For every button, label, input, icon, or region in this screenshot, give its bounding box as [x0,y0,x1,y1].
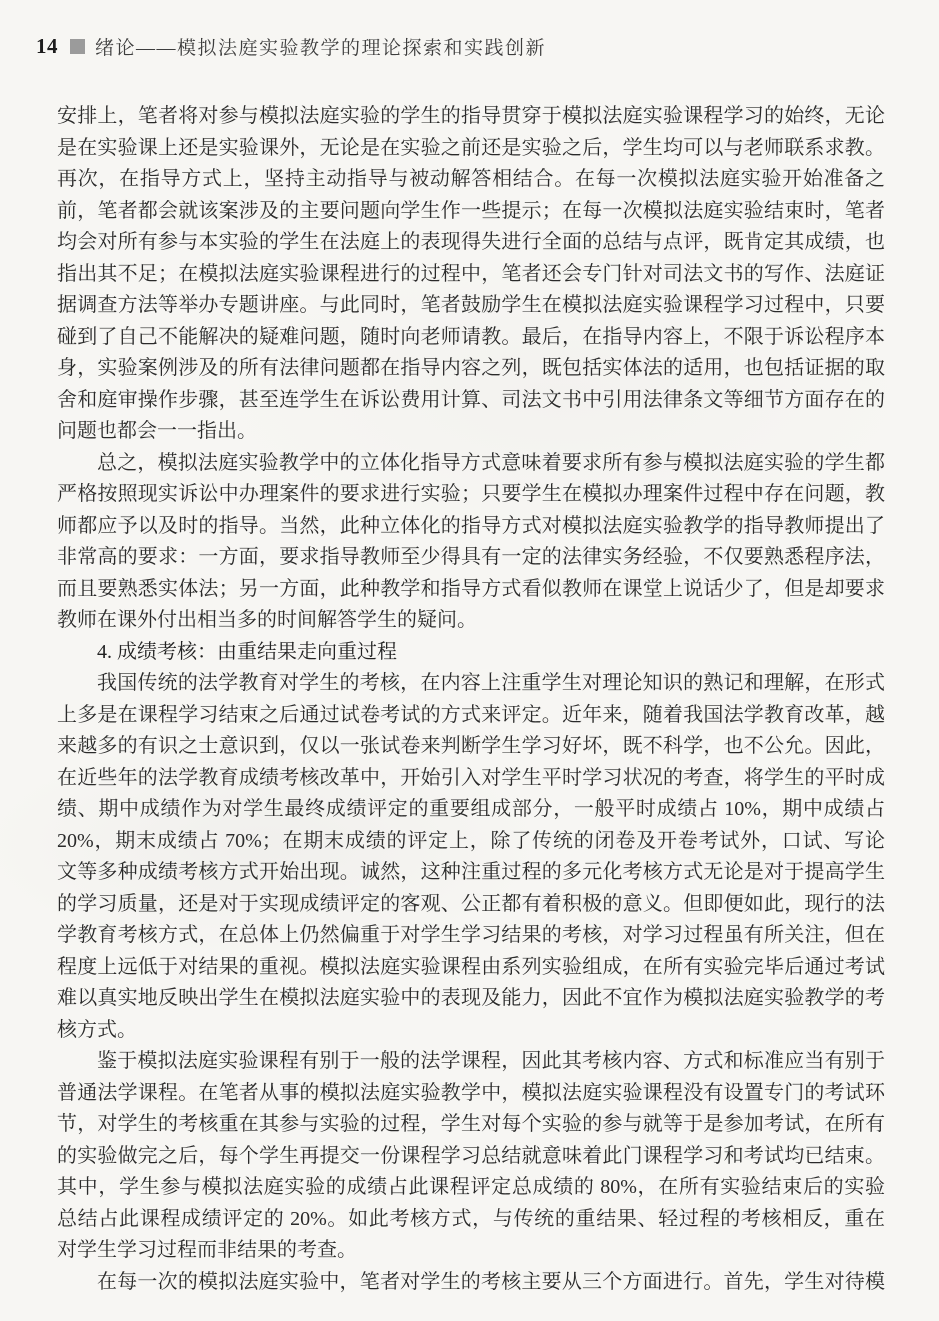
heading-line: 4. 成绩考核：由重结果走向重过程 [57,637,885,669]
text-line: 文等多种成绩考核方式开始出现。诚然，这种注重过程的多元化考核方式无论是对于提高学… [57,857,885,889]
text-line: 均会对所有参与本实验的学生在法庭上的表现得失进行全面的总结与点评，既肯定其成绩，… [57,227,885,259]
section-marker-square-icon [70,39,85,54]
text-line: 绩、期中成绩作为对学生最终成绩评定的重要组成部分，一般平时成绩占 10%，期中成… [57,794,885,826]
page-body-text: 安排上，笔者将对参与模拟法庭实验的学生的指导贯穿于模拟法庭实验课程学习的始终，无… [57,101,885,1298]
text-line: 核方式。 [57,1015,885,1047]
text-line: 在近些年的法学教育成绩考核改革中，开始引入对学生平时学习状况的考查，将学生的平时… [57,763,885,795]
text-line: 身，实验案例涉及的所有法律问题都在指导内容之列，既包括实体法的适用，也包括证据的… [57,353,885,385]
text-line: 总之，模拟法庭实验教学中的立体化指导方式意味着要求所有参与模拟法庭实验的学生都 [57,448,885,480]
paragraph: 我国传统的法学教育对学生的考核，在内容上注重学生对理论知识的熟记和理解，在形式上… [57,668,885,1046]
text-line: 的学习质量，还是对于实现成绩评定的客观、公正都有着积极的意义。但即便如此，现行的… [57,889,885,921]
text-line: 20%，期末成绩占 70%；在期末成绩的评定上，除了传统的闭卷及开卷考试外，口试… [57,826,885,858]
text-line: 师都应予以及时的指导。当然，此种立体化的指导方式对模拟法庭实验教学的指导教师提出… [57,511,885,543]
text-line: 上多是在课程学习结束之后通过试卷考试的方式来评定。近年来，随着我国法学教育改革，… [57,700,885,732]
text-line: 指出其不足；在模拟法庭实验课程进行的过程中，笔者还会专门针对司法文书的写作、法庭… [57,259,885,291]
text-line: 程度上远低于对结果的重视。模拟法庭实验课程由系列实验组成，在所有实验完毕后通过考… [57,952,885,984]
text-line: 普通法学课程。在笔者从事的模拟法庭实验教学中，模拟法庭实验课程没有设置专门的考试… [57,1078,885,1110]
text-line: 再次，在指导方式上，坚持主动指导与被动解答相结合。在每一次模拟法庭实验开始准备之 [57,164,885,196]
text-line: 据调查方法等举办专题讲座。与此同时，笔者鼓励学生在模拟法庭实验课程学习过程中，只… [57,290,885,322]
paragraph: 总之，模拟法庭实验教学中的立体化指导方式意味着要求所有参与模拟法庭实验的学生都严… [57,448,885,637]
text-line: 是在实验课上还是实验课外，无论是在实验之前还是实验之后，学生均可以与老师联系求教… [57,133,885,165]
running-head-title: 绪论——模拟法庭实验教学的理论探索和实践创新 [95,33,546,60]
text-line: 学教育考核方式，在总体上仍然偏重于对学生学习结果的考核，对学习过程虽有所关注，但… [57,920,885,952]
paragraph: 安排上，笔者将对参与模拟法庭实验的学生的指导贯穿于模拟法庭实验课程学习的始终，无… [57,101,885,448]
text-line: 来越多的有识之士意识到，仅以一张试卷来判断学生学习好坏，既不科学，也不公允。因此… [57,731,885,763]
text-line: 总结占此课程成绩评定的 20%。如此考核方式，与传统的重结果、轻过程的考核相反，… [57,1204,885,1236]
paragraph: 在每一次的模拟法庭实验中，笔者对学生的考核主要从三个方面进行。首先，学生对待模 [57,1267,885,1299]
text-line: 非常高的要求：一方面，要求指导教师至少得具有一定的法律实务经验，不仅要熟悉程序法… [57,542,885,574]
text-line: 我国传统的法学教育对学生的考核，在内容上注重学生对理论知识的熟记和理解，在形式 [57,668,885,700]
page-header: 14 绪论——模拟法庭实验教学的理论探索和实践创新 [36,33,899,60]
text-line: 的实验做完之后，每个学生再提交一份课程学习总结就意味着此门课程学习和考试均已结束… [57,1141,885,1173]
text-line: 节，对学生的考核重在其参与实验的过程，学生对每个实验的参与就等于是参加考试，在所… [57,1109,885,1141]
paragraph: 鉴于模拟法庭实验课程有别于一般的法学课程，因此其考核内容、方式和标准应当有别于普… [57,1046,885,1267]
text-line: 鉴于模拟法庭实验课程有别于一般的法学课程，因此其考核内容、方式和标准应当有别于 [57,1046,885,1078]
text-line: 教师在课外付出相当多的时间解答学生的疑问。 [57,605,885,637]
text-line: 其中，学生参与模拟法庭实验的成绩占此课程评定总成绩的 80%，在所有实验结束后的… [57,1172,885,1204]
text-line: 前，笔者都会就该案涉及的主要问题向学生作一些提示；在每一次模拟法庭实验结束时，笔… [57,196,885,228]
text-line: 严格按照现实诉讼中办理案件的要求进行实验；只要学生在模拟办理案件过程中存在问题，… [57,479,885,511]
section-heading: 4. 成绩考核：由重结果走向重过程 [57,637,885,669]
text-line: 问题也都会一一指出。 [57,416,885,448]
page-number: 14 [36,34,58,59]
book-page: 14 绪论——模拟法庭实验教学的理论探索和实践创新 安排上，笔者将对参与模拟法庭… [0,0,939,1321]
text-line: 安排上，笔者将对参与模拟法庭实验的学生的指导贯穿于模拟法庭实验课程学习的始终，无… [57,101,885,133]
text-line: 碰到了自己不能解决的疑难问题，随时向老师请教。最后，在指导内容上，不限于诉讼程序… [57,322,885,354]
text-line: 对学生学习过程而非结果的考查。 [57,1235,885,1267]
text-line: 在每一次的模拟法庭实验中，笔者对学生的考核主要从三个方面进行。首先，学生对待模 [57,1267,885,1299]
text-line: 难以真实地反映出学生在模拟法庭实验中的表现及能力，因此不宜作为模拟法庭实验教学的… [57,983,885,1015]
text-line: 而且要熟悉实体法；另一方面，此种教学和指导方式看似教师在课堂上说话少了，但是却要… [57,574,885,606]
text-line: 舍和庭审操作步骤，甚至连学生在诉讼费用计算、司法文书中引用法律条文等细节方面存在… [57,385,885,417]
